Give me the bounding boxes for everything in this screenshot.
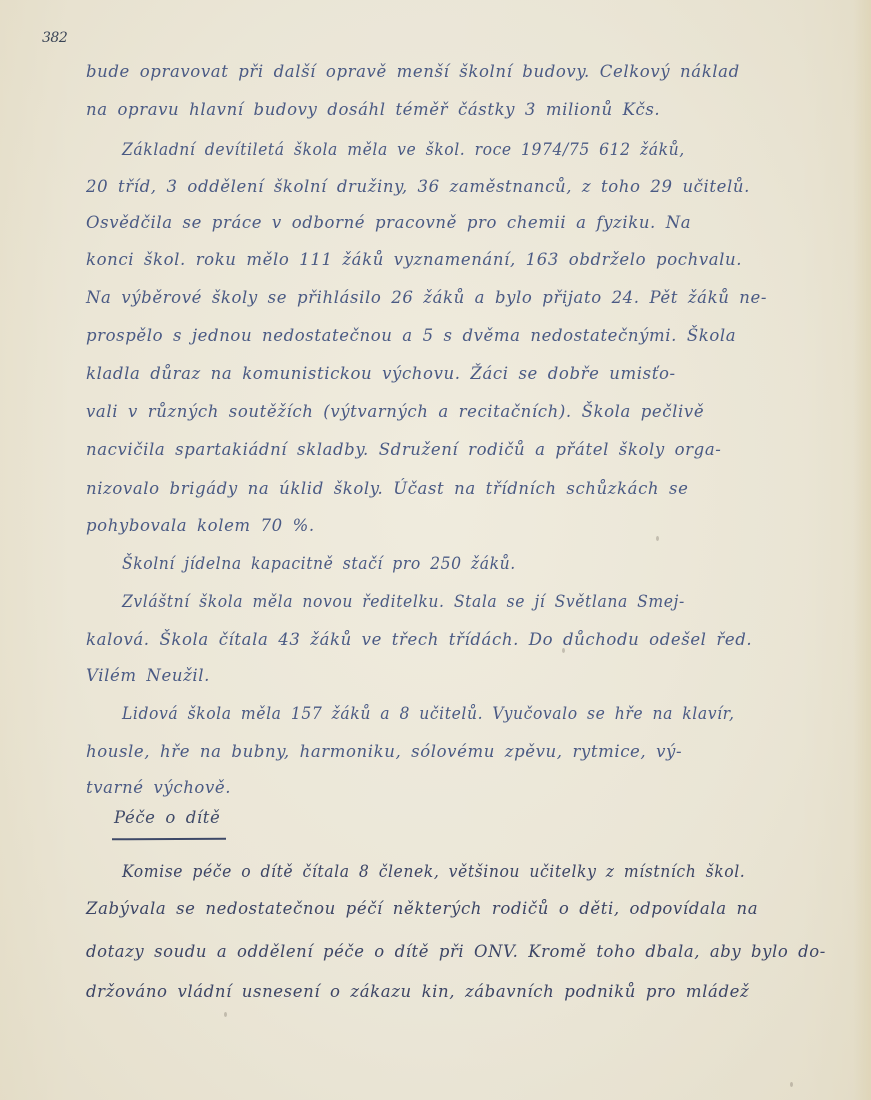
paragraph-start-line: Základní devítiletá škola měla ve škol. … bbox=[122, 140, 822, 159]
text-line: housle, hře na bubny, harmoniku, sólovém… bbox=[86, 742, 826, 761]
paper-speck bbox=[562, 648, 565, 653]
page-number: 382 bbox=[42, 30, 67, 46]
text-line: nacvičila spartakiádní skladby. Sdružení… bbox=[86, 440, 826, 459]
text-line: držováno vládní usnesení o zákazu kin, z… bbox=[86, 982, 826, 1001]
paper-speck bbox=[224, 1012, 227, 1017]
text-line: pohybovala kolem 70 %. bbox=[86, 516, 826, 535]
heading-underline bbox=[112, 838, 226, 840]
text-line: bude opravovat při další opravě menší šk… bbox=[86, 62, 826, 81]
text-line: vali v různých soutěžích (výtvarných a r… bbox=[86, 402, 826, 421]
paragraph-start-line: Zvláštní škola měla novou ředitelku. Sta… bbox=[122, 592, 822, 611]
paper-speck bbox=[790, 1082, 793, 1087]
text-line: na opravu hlavní budovy dosáhl téměř čás… bbox=[86, 100, 826, 119]
text-line: kalová. Škola čítala 43 žáků ve třech tř… bbox=[86, 630, 826, 649]
paper-speck bbox=[656, 536, 659, 541]
text-line: prospělo s jednou nedostatečnou a 5 s dv… bbox=[86, 326, 826, 345]
paragraph-start-line: Školní jídelna kapacitně stačí pro 250 ž… bbox=[122, 554, 822, 573]
text-line: kladla důraz na komunistickou výchovu. Ž… bbox=[86, 364, 826, 383]
text-line: Zabývala se nedostatečnou péčí některých… bbox=[86, 899, 826, 918]
text-line: tvarné výchově. bbox=[86, 778, 826, 797]
text-line: Osvědčila se práce v odborné pracovně pr… bbox=[86, 213, 826, 232]
document-page: 382 bude opravovat při další opravě menš… bbox=[0, 0, 871, 1100]
paragraph-start-line: Komise péče o dítě čítala 8 členek, větš… bbox=[122, 862, 822, 881]
text-line: 20 tříd, 3 oddělení školní družiny, 36 z… bbox=[86, 177, 826, 196]
text-line: Vilém Neužil. bbox=[86, 666, 826, 685]
text-line: dotazy soudu a oddělení péče o dítě při … bbox=[86, 942, 822, 961]
text-line: nizovalo brigády na úklid školy. Účast n… bbox=[86, 479, 826, 498]
text-line: konci škol. roku mělo 111 žáků vyznamená… bbox=[86, 250, 826, 269]
section-heading: Péče o dítě bbox=[114, 808, 220, 827]
text-line: Na výběrové školy se přihlásilo 26 žáků … bbox=[86, 288, 826, 307]
paragraph-start-line: Lidová škola měla 157 žáků a 8 učitelů. … bbox=[122, 704, 822, 723]
